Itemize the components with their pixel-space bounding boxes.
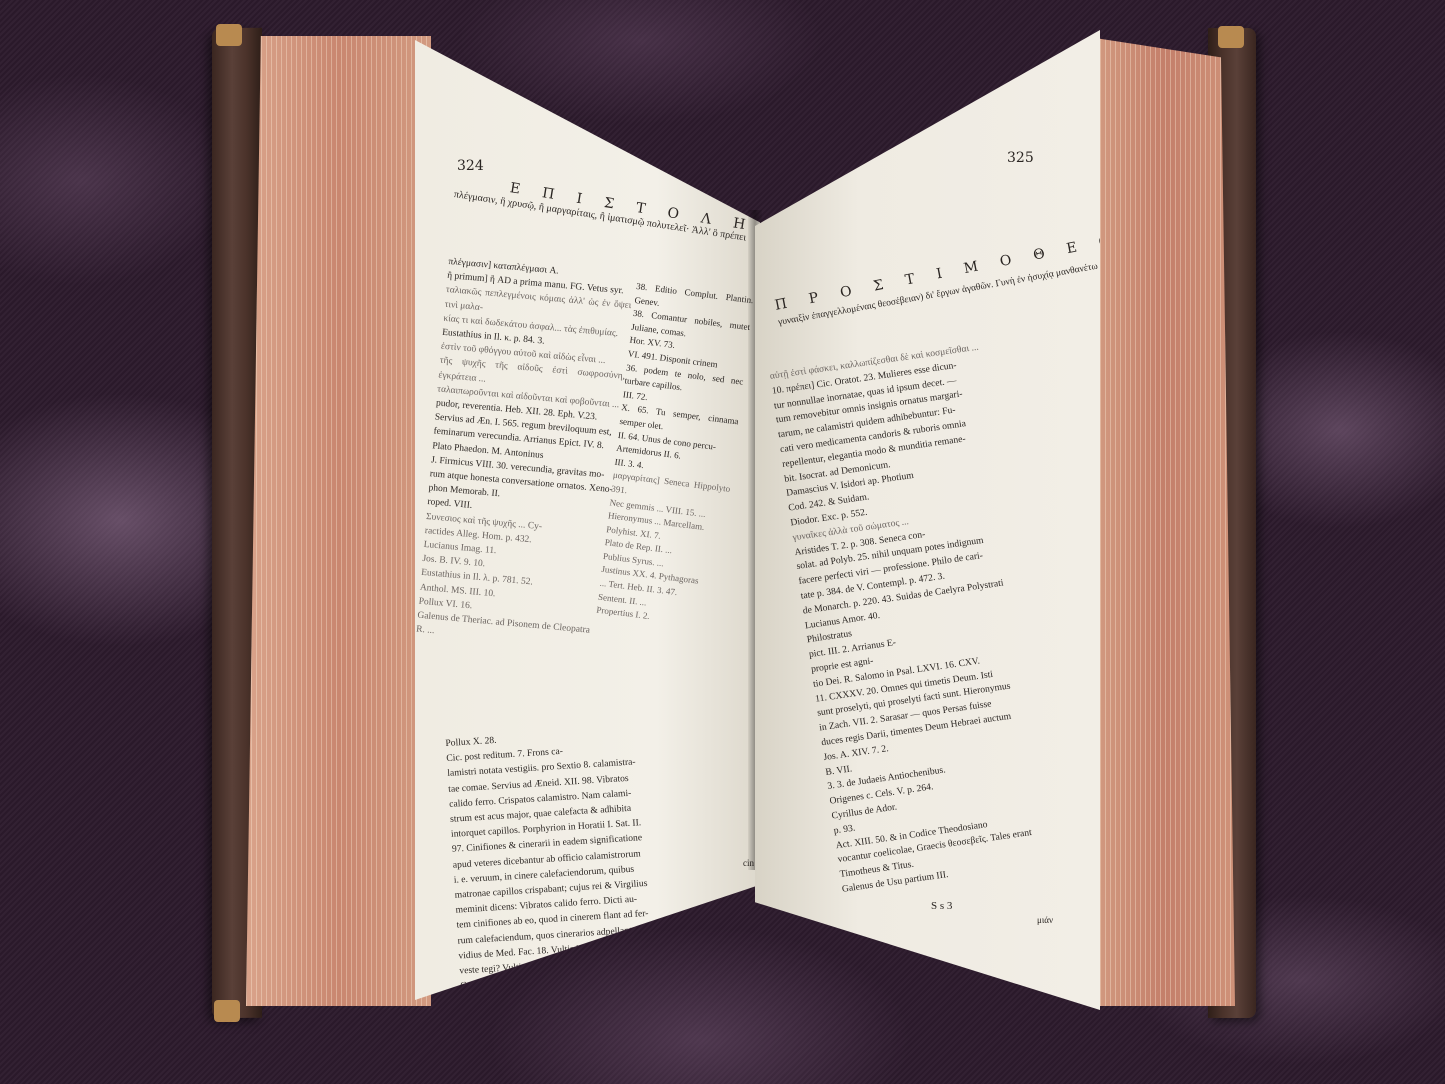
right-page: 325 Π Ρ Ο Σ Τ Ι Μ Ο Θ Ε Ο Ν Α. γυναιξὶν … xyxy=(755,30,1100,1010)
worn-corner-top-left xyxy=(216,24,242,46)
left-page-number: 324 xyxy=(457,158,484,174)
left-page: 324 Ε Π Ι Σ Τ Ο Λ Η πλέγμασιν, ἢ χρυσῷ, … xyxy=(415,40,760,1000)
right-catchword: μιάν xyxy=(1037,915,1053,925)
book-photo-scene: 324 Ε Π Ι Σ Τ Ο Λ Η πλέγμασιν, ἢ χρυσῷ, … xyxy=(0,0,1445,1084)
left-lower-notes: Pollux X. 28. Cic. post reditum. 7. Fron… xyxy=(445,723,667,1000)
text-line: aderant, positis arte manuque comis. Ep.… xyxy=(462,997,668,1000)
worn-corner-top-right xyxy=(1218,26,1244,48)
signature-mark: S s 3 xyxy=(931,900,952,912)
right-page-number: 325 xyxy=(1007,150,1034,166)
text-line: 405. Naides effusis aliae sine pectinis … xyxy=(461,981,667,1000)
worn-corner-bottom-left xyxy=(214,1000,240,1022)
right-fore-edge-red-stained xyxy=(1095,38,1235,1006)
right-notes: αὐτῇ ἐστὶ φάσκει, καλλωπίζεσθαι δὲ καὶ κ… xyxy=(769,325,1100,897)
left-fore-edge-red-stained xyxy=(246,36,431,1006)
